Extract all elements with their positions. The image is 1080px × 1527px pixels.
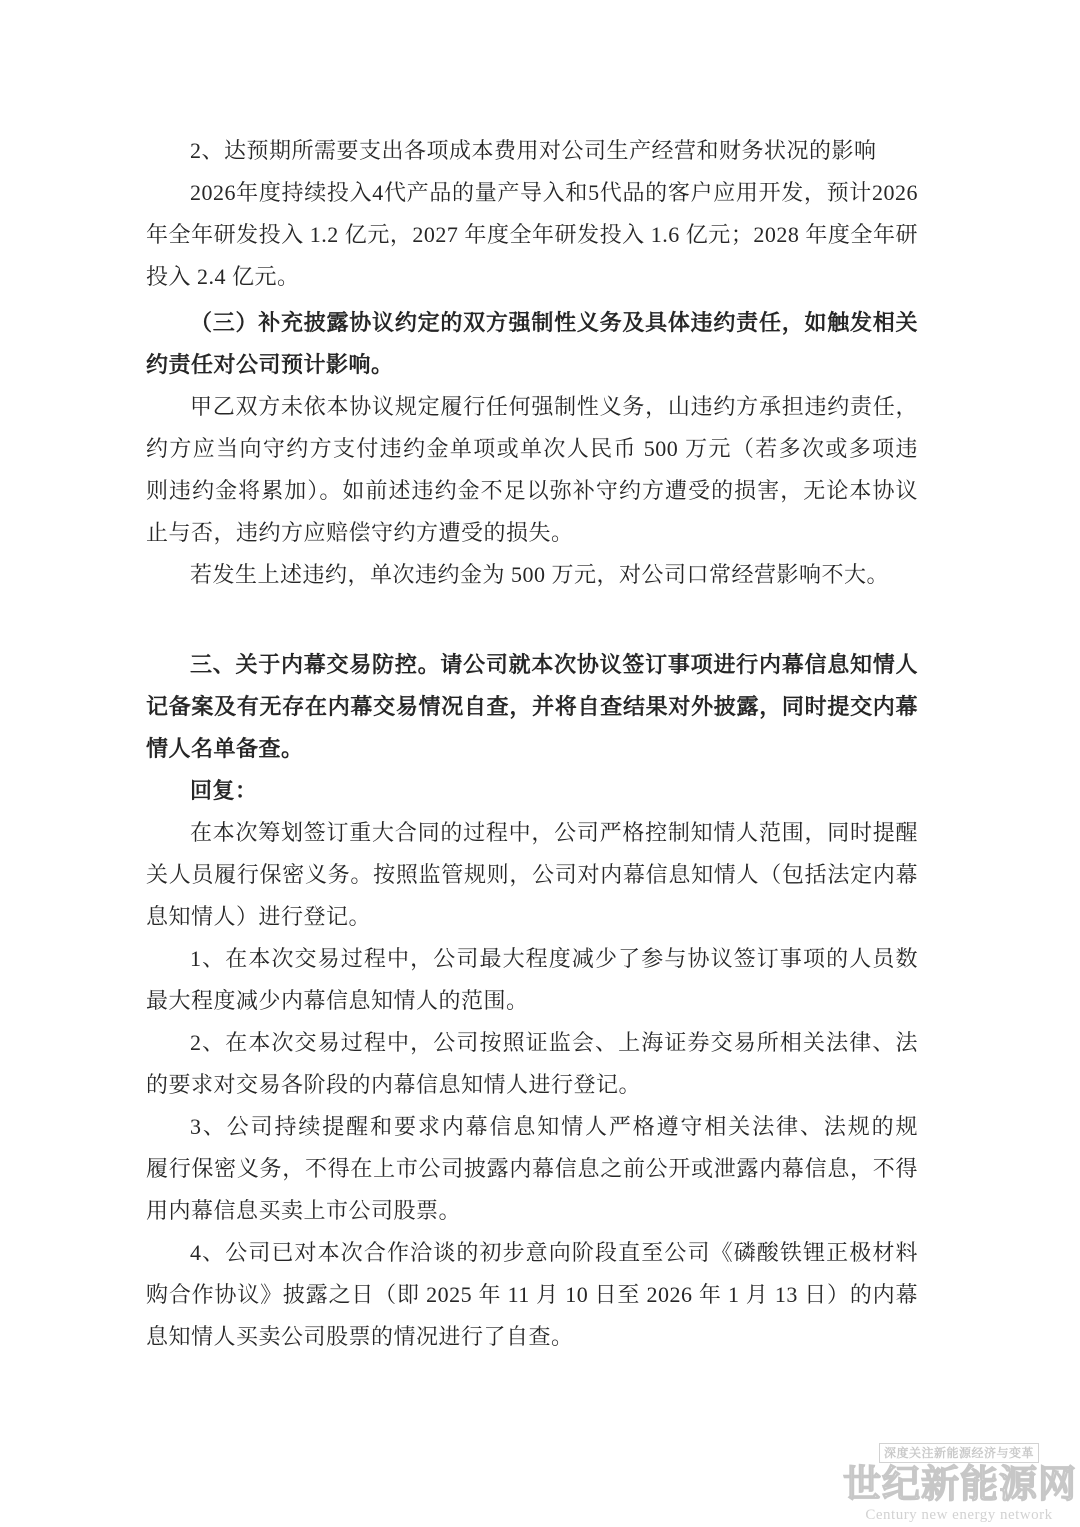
text-line-13: 记备案及有无存在内幕交易情况自查，并将自查结果对外披露，同时提交内幕知 [146,686,918,728]
text-line-28: 息知情人买卖公司股票的情况进行了自查。 [146,1316,918,1358]
text-line-19: 1、在本次交易过程中，公司最大程度减少了参与协议签订事项的人员数量， [146,938,918,980]
text-line-18: 息知情人）进行登记。 [146,896,918,938]
text-line-20: 最大程度减少内幕信息知情人的范围。 [146,980,918,1022]
text-line-14: 情人名单备查。 [146,728,918,770]
text-line-24: 履行保密义务，不得在上市公司披露内幕信息之前公开或泄露内幕信息，不得利 [146,1148,918,1190]
text-line-21: 2、在本次交易过程中，公司按照证监会、上海证券交易所相关法律、法规 [146,1022,918,1064]
text-line-7: 甲乙双方未依本协议规定履行任何强制性义务，山违约方承担违约责任，违 [146,386,918,428]
text-line-5: （三）补充披露协议约定的双方强制性义务及具体违约责任，如触发相关违 [146,302,918,344]
watermark-brand-logo: 世纪新能源网 [843,1463,1075,1507]
text-line-27: 购合作协议》披露之日（即 2025 年 11 月 10 日至 2026 年 1 … [146,1274,918,1316]
text-line-11: 若发生上述违约，单次违约金为 500 万元，对公司口常经营影响不大。 [146,554,918,596]
text-line-9: 则违约金将累加）。如前述违约金不足以弥补守约方遭受的损害，无论本协议终 [146,470,918,512]
watermark-slogan-row: 深度关注新能源经济与变革 [843,1443,1075,1463]
document-body: 2、达预期所需要支出各项成本费用对公司生产经营和财务状况的影响2026年度持续投… [146,130,918,1358]
text-line-22: 的要求对交易各阶段的内幕信息知情人进行登记。 [146,1064,918,1106]
text-line-17: 关人员履行保密义务。按照监管规则，公司对内幕信息知情人（包括法定内幕信 [146,854,918,896]
text-line-25: 用内幕信息买卖上市公司股票。 [146,1190,918,1232]
watermark: 深度关注新能源经济与变革 世纪新能源网 Century new energy n… [843,1443,1075,1524]
text-line-6: 约责任对公司预计影响。 [146,344,918,386]
text-line-16: 在本次筹划签订重大合同的过程中，公司严格控制知情人范围，同时提醒相 [146,812,918,854]
text-line-8: 约方应当向守约方支付违约金单项或单次人民币 500 万元（若多次或多项违约， [146,428,918,470]
text-line-10: 止与否，违约方应赔偿守约方遭受的损失。 [146,512,918,554]
text-line-26: 4、公司已对本次合作洽谈的初步意向阶段直至公司《磷酸铁锂正极材料采 [146,1232,918,1274]
watermark-english-caption: Century new energy network [843,1507,1075,1524]
text-line-3: 年全年研发投入 1.2 亿元，2027 年度全年研发投入 1.6 亿元；2028… [146,214,918,256]
text-line-15: 回复： [146,770,918,812]
watermark-slogan: 深度关注新能源经济与变革 [879,1443,1039,1463]
document-page: 2、达预期所需要支出各项成本费用对公司生产经营和财务状况的影响2026年度持续投… [0,0,1080,1527]
text-line-1: 2、达预期所需要支出各项成本费用对公司生产经营和财务状况的影响 [146,130,918,172]
text-line-2: 2026年度持续投入4代产品的量产导入和5代品的客户应用开发，预计2026 [146,172,918,214]
text-line-12: 三、关于内幕交易防控。请公司就本次协议签订事项进行内幕信息知情人登 [146,644,918,686]
text-line-23: 3、公司持续提醒和要求内幕信息知情人严格遵守相关法律、法规的规定， [146,1106,918,1148]
text-line-4: 投入 2.4 亿元。 [146,256,918,298]
